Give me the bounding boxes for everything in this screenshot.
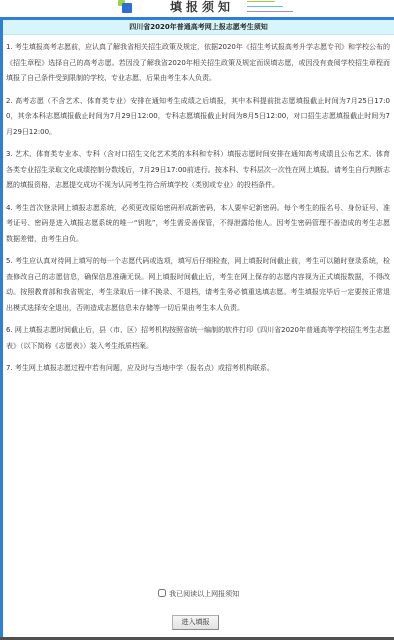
notice-page: 填报须知 四川省2020年普通高考网上报志愿考生须知 1. 考生填报高考志愿前，… — [0, 0, 394, 640]
notice-frame: 四川省2020年普通高考网上报志愿考生须知 1. 考生填报高考志愿前，应认真了解… — [0, 17, 394, 637]
decorative-lines-icon — [247, 1, 297, 13]
notice-body: 1. 考生填报高考志愿前，应认真了解我省相关招生政策及规定，依据2020年《招生… — [3, 35, 394, 377]
notice-item-7: 7. 考生网上填报志愿过程中若有问题，应及时与当地中学（报名点）或招考机构联系。 — [6, 361, 390, 377]
agree-checkbox[interactable] — [158, 589, 166, 597]
agree-row: 我已阅读以上网报须知 — [3, 589, 394, 599]
logo-blue-square — [122, 3, 132, 13]
notice-subtitle: 四川省2020年普通高考网上报志愿考生须知 — [3, 20, 394, 35]
deco-line-purple — [247, 11, 293, 12]
notice-item-3: 3. 艺术、体育类专业本、专科（含对口招生文化艺术类的本科和专科）填报志愿时间安… — [6, 147, 390, 194]
deco-line-blue — [247, 6, 283, 7]
notice-item-6: 6. 网上填报志愿时间截止后，县（市、区）招考机构按照省统一编制的软件打印《四川… — [6, 323, 390, 354]
deco-line-green — [247, 1, 275, 2]
notice-item-2: 2. 高考志愿（不含艺术、体育类专业）安排在通知考生成绩之后填报，其中本科提前批… — [6, 94, 390, 141]
notice-item-4: 4. 考生首次登录网上填报志愿系统，必须更改原始密码形成新密码，本人要牢记新密码… — [6, 201, 390, 248]
notice-item-1: 1. 考生填报高考志愿前，应认真了解我省相关招生政策及规定，依据2020年《招生… — [6, 40, 390, 87]
enter-fill-button[interactable]: 进入填报 — [172, 615, 219, 630]
page-header: 填报须知 — [0, 0, 394, 17]
notice-item-5: 5. 考生应认真对待网上填写的每一个志愿代码或选项，填写后仔细检查，网上填报时间… — [6, 254, 390, 316]
page-title: 填报须知 — [170, 0, 234, 14]
app-logo-icon — [118, 0, 134, 14]
agree-label[interactable]: 我已阅读以上网报须知 — [169, 590, 239, 598]
